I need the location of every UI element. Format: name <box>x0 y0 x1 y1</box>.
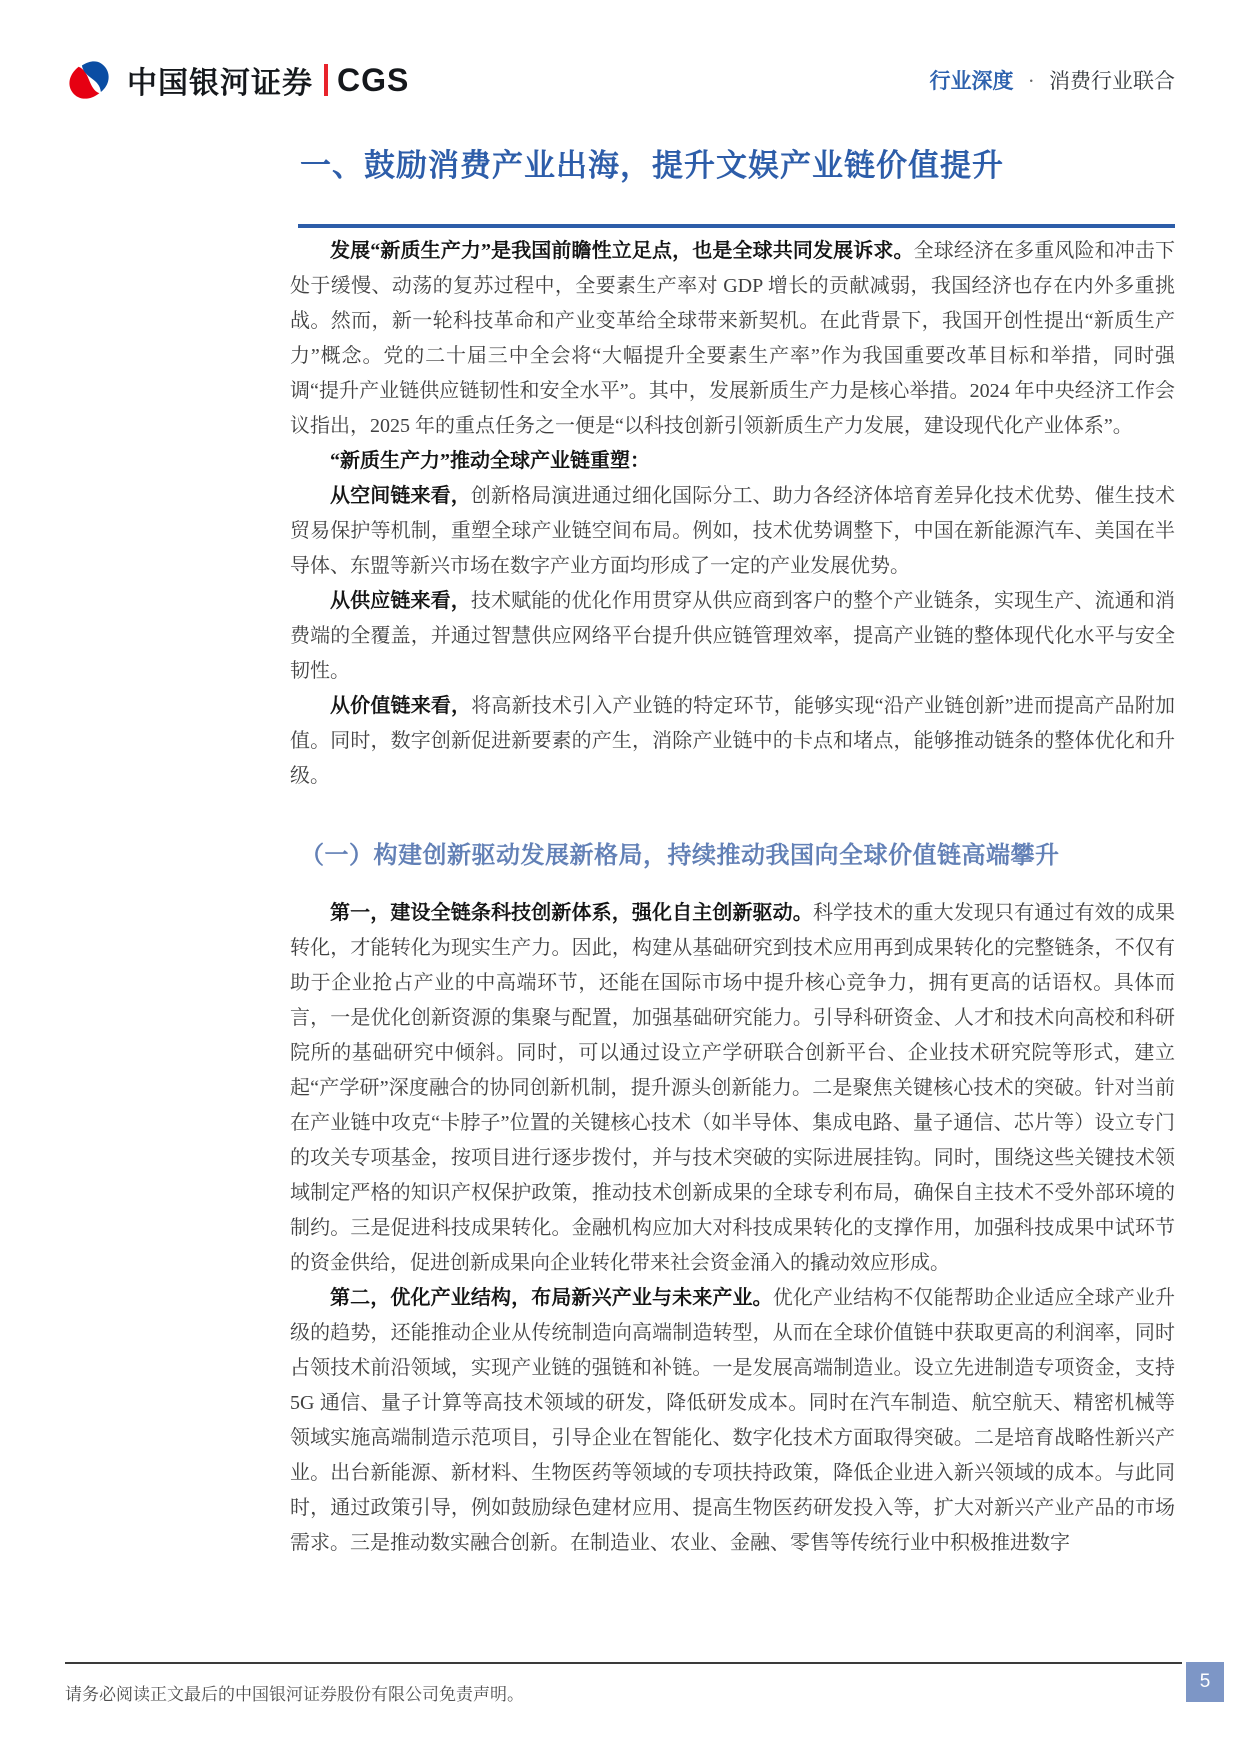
subcategory-label: 消费行业联合 <box>1049 69 1175 93</box>
report-type-label: 行业深度 · 消费行业联合 <box>930 65 1176 95</box>
paragraph-lead: 第一，建设全链条科技创新体系，强化自主创新驱动。 <box>330 902 813 924</box>
subsection-title: （一）构建创新驱动发展新格局，持续推动我国向全球价值链高端攀升 <box>290 838 1175 874</box>
paragraph: 从空间链来看，创新格局演进通过细化国际分工、助力各经济体培育差异化技术优势、催生… <box>290 479 1175 584</box>
logo-en-text: CGS <box>337 62 409 99</box>
dot-separator: · <box>1028 69 1035 93</box>
paragraph-lead: “新质生产力”推动全球产业链重塑： <box>330 450 650 472</box>
logo-divider <box>324 64 328 96</box>
paragraph-text: 全球经济在多重风险和冲击下处于缓慢、动荡的复苏过程中，全要素生产率对 GDP 增… <box>290 240 1175 437</box>
disclaimer-text: 请务必阅读正文最后的中国银河证券股份有限公司免责声明。 <box>65 1680 524 1705</box>
paragraph: 从供应链来看，技术赋能的优化作用贯穿从供应商到客户的整个产业链条，实现生产、流通… <box>290 584 1175 689</box>
category-label: 行业深度 <box>930 69 1014 93</box>
title-divider <box>298 224 1175 228</box>
page-header: 中国银河证券 CGS 行业深度 · 消费行业联合 <box>65 46 1175 114</box>
report-body: 一、鼓励消费产业出海，提升文娱产业链价值提升 发展“新质生产力”是我国前瞻性立足… <box>290 145 1175 1561</box>
galaxy-logo-icon <box>65 56 113 104</box>
paragraph: 第一，建设全链条科技创新体系，强化自主创新驱动。科学技术的重大发现只有通过有效的… <box>290 896 1175 1281</box>
paragraph-lead: 从价值链来看， <box>330 695 471 717</box>
section-paragraphs: 发展“新质生产力”是我国前瞻性立足点，也是全球共同发展诉求。全球经济在多重风险和… <box>290 234 1175 794</box>
footer-divider <box>65 1662 1182 1664</box>
paragraph: 第二，优化产业结构，布局新兴产业与未来产业。优化产业结构不仅能帮助企业适应全球产… <box>290 1281 1175 1561</box>
company-logo: 中国银河证券 CGS <box>65 56 409 104</box>
paragraph-lead: 从供应链来看， <box>330 590 471 612</box>
report-page: 中国银河证券 CGS 行业深度 · 消费行业联合 一、鼓励消费产业出海，提升文娱… <box>0 0 1240 1754</box>
logo-cn-text: 中国银河证券 <box>127 58 313 102</box>
section-title: 一、鼓励消费产业出海，提升文娱产业链价值提升 <box>290 145 1175 187</box>
page-number-badge: 5 <box>1186 1662 1224 1702</box>
paragraph-text: 科学技术的重大发现只有通过有效的成果转化，才能转化为现实生产力。因此，构建从基础… <box>290 902 1175 1274</box>
subsection-paragraphs: 第一，建设全链条科技创新体系，强化自主创新驱动。科学技术的重大发现只有通过有效的… <box>290 896 1175 1561</box>
paragraph-text: 优化产业结构不仅能帮助企业适应全球产业升级的趋势，还能推动企业从传统制造向高端制… <box>290 1287 1175 1554</box>
paragraph-lead: 从空间链来看， <box>330 485 471 507</box>
paragraph: 从价值链来看，将高新技术引入产业链的特定环节，能够实现“沿产业链创新”进而提高产… <box>290 689 1175 794</box>
paragraph-lead: 第二，优化产业结构，布局新兴产业与未来产业。 <box>330 1287 773 1309</box>
paragraph: 发展“新质生产力”是我国前瞻性立足点，也是全球共同发展诉求。全球经济在多重风险和… <box>290 234 1175 444</box>
paragraph: “新质生产力”推动全球产业链重塑： <box>290 444 1175 479</box>
paragraph-lead: 发展“新质生产力”是我国前瞻性立足点，也是全球共同发展诉求。 <box>330 240 914 262</box>
